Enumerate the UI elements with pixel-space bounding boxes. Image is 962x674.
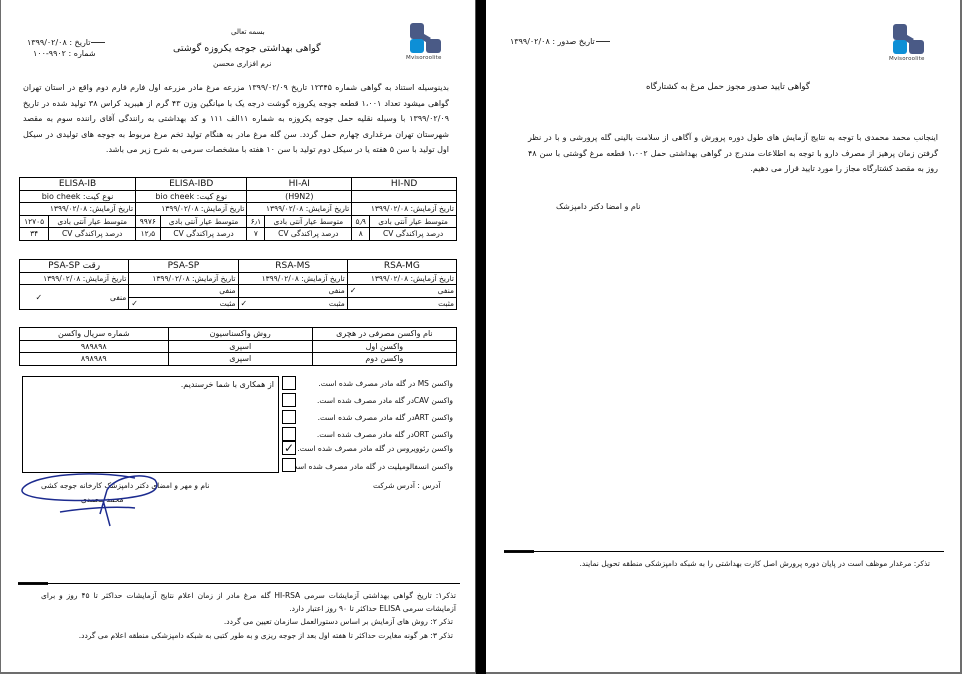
footnote-2: تذکر ۲: روش های آزمایش بر اساس دستورالعم… [224,617,453,626]
kit-type [352,190,457,203]
kit-type: (H9N2) [247,190,352,203]
page-gutter [476,0,486,674]
serology-table: HI-ND HI-AI ELISA-IBD ELISA-IB (H9N2) نو… [19,177,457,241]
company-address: آدرس : آدرس شرکت [373,481,440,490]
vaccine-check-ms-checkbox[interactable] [282,376,296,390]
vaccine-check-encephalomyelitis-checkbox[interactable] [282,458,296,472]
test-date: تاریخ آزمایش: ۱۳۹۹/۰۲/۰۸ [20,272,129,285]
table-row: HI-ND HI-AI ELISA-IBD ELISA-IB [20,178,457,191]
vaccine-check-ort-checkbox[interactable] [282,427,296,441]
test-date: تاریخ آزمایش: ۱۳۹۹/۰۲/۰۸ [347,272,456,285]
check-mark-icon [129,285,167,298]
permit-body: اینجانب محمد محمدی با توجه به نتایج آزما… [528,130,938,177]
vaccine-check-art-checkbox[interactable] [282,410,296,424]
table-row: تاریخ آزمایش: ۱۳۹۹/۰۲/۰۸ تاریخ آزمایش: ۱… [20,203,457,216]
vaccine-check-cav-checkbox[interactable] [282,393,296,407]
vaccine-serial: ۹۸۹۸۹۸ [20,340,169,353]
test-name: HI-ND [352,178,457,191]
kit-type: نوع کیت: bio cheek [20,190,136,203]
vaccine-check-reovirus-label: واکسن رئوویروس در گله مادر مصرف شده است. [297,444,453,453]
cv-label: درصد پراکندگی CV [160,228,247,241]
test-date: تاریخ آزمایش: ۱۳۹۹/۰۲/۰۸ [238,272,347,285]
cv-value: ۱۲٫۵ [136,228,161,241]
test-date: تاریخ آزمایش: ۱۳۹۹/۰۲/۰۸ [247,203,352,216]
footnote-3: تذکر ۳: هر گونه مغایرت حداکثر تا هفته او… [79,631,453,640]
test-name: RSA-MG [347,260,456,273]
certificate-subtitle: نرم افزاری محسن [213,59,271,68]
test-date: تاریخ آزمایش: ۱۳۹۹/۰۲/۰۸ [20,203,136,216]
slaughter-permit-page: Mvisoroolite تاریخ صدور : ۱۳۹۹/۰۲/۰۸ گوا… [486,0,960,672]
intro-paragraph: بدینوسیله استناد به گواهی شماره ۱۲۳۴۵ تا… [23,80,449,158]
test-name: ELISA-IBD [136,178,247,191]
date-value: ۱۳۹۹/۰۲/۰۸ [27,38,67,47]
cv-value: ۷ [247,228,265,241]
vaccine-check-reovirus-checkbox[interactable]: ✓ [282,441,296,455]
vaccine-check-cav-label: واکسن CAVدر گله مادر مصرف شده است. [317,396,453,405]
check-mark-icon: ✓ [347,285,385,298]
test-name: HI-AI [247,178,352,191]
vaccine-check-art-label: واکسن ARTدر گله مادر مصرف شده است. [318,413,453,422]
negative-label: منفی [58,285,129,310]
number-label: شماره : [69,49,96,58]
positive-label: مثبت [276,297,347,310]
avg-titer-label: متوسط عیار آنتی بادی [370,215,457,228]
test-date: تاریخ آزمایش: ۱۳۹۹/۰۲/۰۸ [129,272,238,285]
company-logo: Mvisoroolite [891,22,933,66]
date-label: تاریخ : [69,38,105,47]
avg-titer-value: ۵٫۹ [352,215,370,228]
vaccine-table: نام واکسن مصرفی در هچری روش واکسناسیون ش… [19,327,457,366]
test-name: RSA-MS [238,260,347,273]
kit-type: نوع کیت: bio cheek [136,190,247,203]
table-row: واکسن دوم اسپری ۸۹۸۹۸۹ [20,353,457,366]
check-mark-icon: ✓ [129,297,167,310]
check-mark-icon: ✓ [20,285,58,310]
avg-titer-value: ۱۲۷۰۵ [20,215,49,228]
vaccination-method: اسپری [168,340,312,353]
footnote-1: تذکر۱: تاریخ گواهی بهداشتی آزمایشات سرمی… [41,589,456,615]
footer-divider [504,551,944,552]
vaccine-check-ort-label: واکسن ORTدر گله مادر مصرف شده است. [317,430,453,439]
column-header: نام واکسن مصرفی در هچری [312,328,456,341]
test-name: ELISA-IB [20,178,136,191]
table-row: درصد پراکندگی CV ۸ درصد پراکندگی CV ۷ در… [20,228,457,241]
check-mark-icon [238,285,276,298]
cv-value: ۳۴ [20,228,49,241]
table-row: نام واکسن مصرفی در هچری روش واکسناسیون ش… [20,328,457,341]
negative-label: منفی [276,285,347,298]
table-row: RSA-MG RSA-MS PSA-SP رقت PSA-SP [20,260,457,273]
avg-titer-value: ۶٫۱ [247,215,265,228]
header-date: تاریخ : ۱۳۹۹/۰۲/۰۸ [27,38,105,47]
table-row: واکسن اول اسپری ۹۸۹۸۹۸ [20,340,457,353]
table-row: منفی ✓ منفی منفی منفی ✓ [20,285,457,298]
company-logo: Mvisoroolite [408,21,450,65]
avg-titer-label: متوسط عیار آنتی بادی [49,215,136,228]
avg-titer-label: متوسط عیار آنتی بادی [265,215,352,228]
avg-titer-label: متوسط عیار آنتی بادی [160,215,247,228]
positive-label: مثبت [167,297,238,310]
footer-divider [18,583,460,584]
check-mark-icon [347,297,385,310]
test-date: تاریخ آزمایش: ۱۳۹۹/۰۲/۰۸ [136,203,247,216]
signature-icon [15,470,165,530]
cv-label: درصد پراکندگی CV [49,228,136,241]
check-mark-icon: ✓ [238,297,276,310]
vaccine-serial: ۸۹۸۹۸۹ [20,353,169,366]
permit-footnote: تذکر: مرغدار موظف است در پایان دوره پرور… [580,559,931,568]
test-date: تاریخ آزمایش: ۱۳۹۹/۰۲/۰۸ [352,203,457,216]
issue-date-value: ۱۳۹۹/۰۲/۰۸ [510,37,550,46]
negative-label: منفی [167,285,238,298]
cv-value: ۸ [352,228,370,241]
vaccine-check-encephalomyelitis-label: واکسن انسفالومیلیت در گله مادر مصرف شده … [288,462,453,471]
health-certificate-page: Mvisoroolite بسمه تعالی گواهی بهداشتی جو… [1,0,476,672]
logo-text: Mvisoroolite [406,55,442,61]
certificate-title: گواهی بهداشتی جوجه یکروزه گوشتی [173,43,321,54]
bismillah: بسمه تعالی [231,28,265,36]
cv-label: درصد پراکندگی CV [370,228,457,241]
vaccine-check-ms-label: واکسن MS در گله مادر مصرف شده است. [318,379,453,388]
vaccine-name: واکسن دوم [312,353,456,366]
remarks-box: از همکاری با شما خرسندیم. [22,376,279,473]
column-header: شماره سریال واکسن [20,328,169,341]
cv-label: درصد پراکندگی CV [265,228,352,241]
number-value: ۹۹۰۲-۱۰۰ [33,49,66,58]
issue-date: تاریخ صدور : ۱۳۹۹/۰۲/۰۸ [510,37,610,46]
negative-label: منفی [385,285,456,298]
header-number: شماره : ۹۹۰۲-۱۰۰ [33,49,96,58]
agglutination-table: RSA-MG RSA-MS PSA-SP رقت PSA-SP تاریخ آز… [19,259,457,310]
permit-title: گواهی تایید صدور مجوز حمل مرغ به کشتارگا… [646,82,810,92]
vaccine-name: واکسن اول [312,340,456,353]
table-row: متوسط عیار آنتی بادی ۵٫۹ متوسط عیار آنتی… [20,215,457,228]
positive-label: مثبت [385,297,456,310]
avg-titer-value: ۹۹۷۶ [136,215,161,228]
table-row: (H9N2) نوع کیت: bio cheek نوع کیت: bio c… [20,190,457,203]
vaccination-method: اسپری [168,353,312,366]
table-row: تاریخ آزمایش: ۱۳۹۹/۰۲/۰۸ تاریخ آزمایش: ۱… [20,272,457,285]
test-name: PSA-SP [129,260,238,273]
test-name: رقت PSA-SP [20,260,129,273]
column-header: روش واکسناسیون [168,328,312,341]
vet-signature-label: نام و امضا دکتر دامپزشک [556,202,641,211]
logo-text: Mvisoroolite [889,56,925,62]
issue-date-label: تاریخ صدور : [552,37,609,46]
